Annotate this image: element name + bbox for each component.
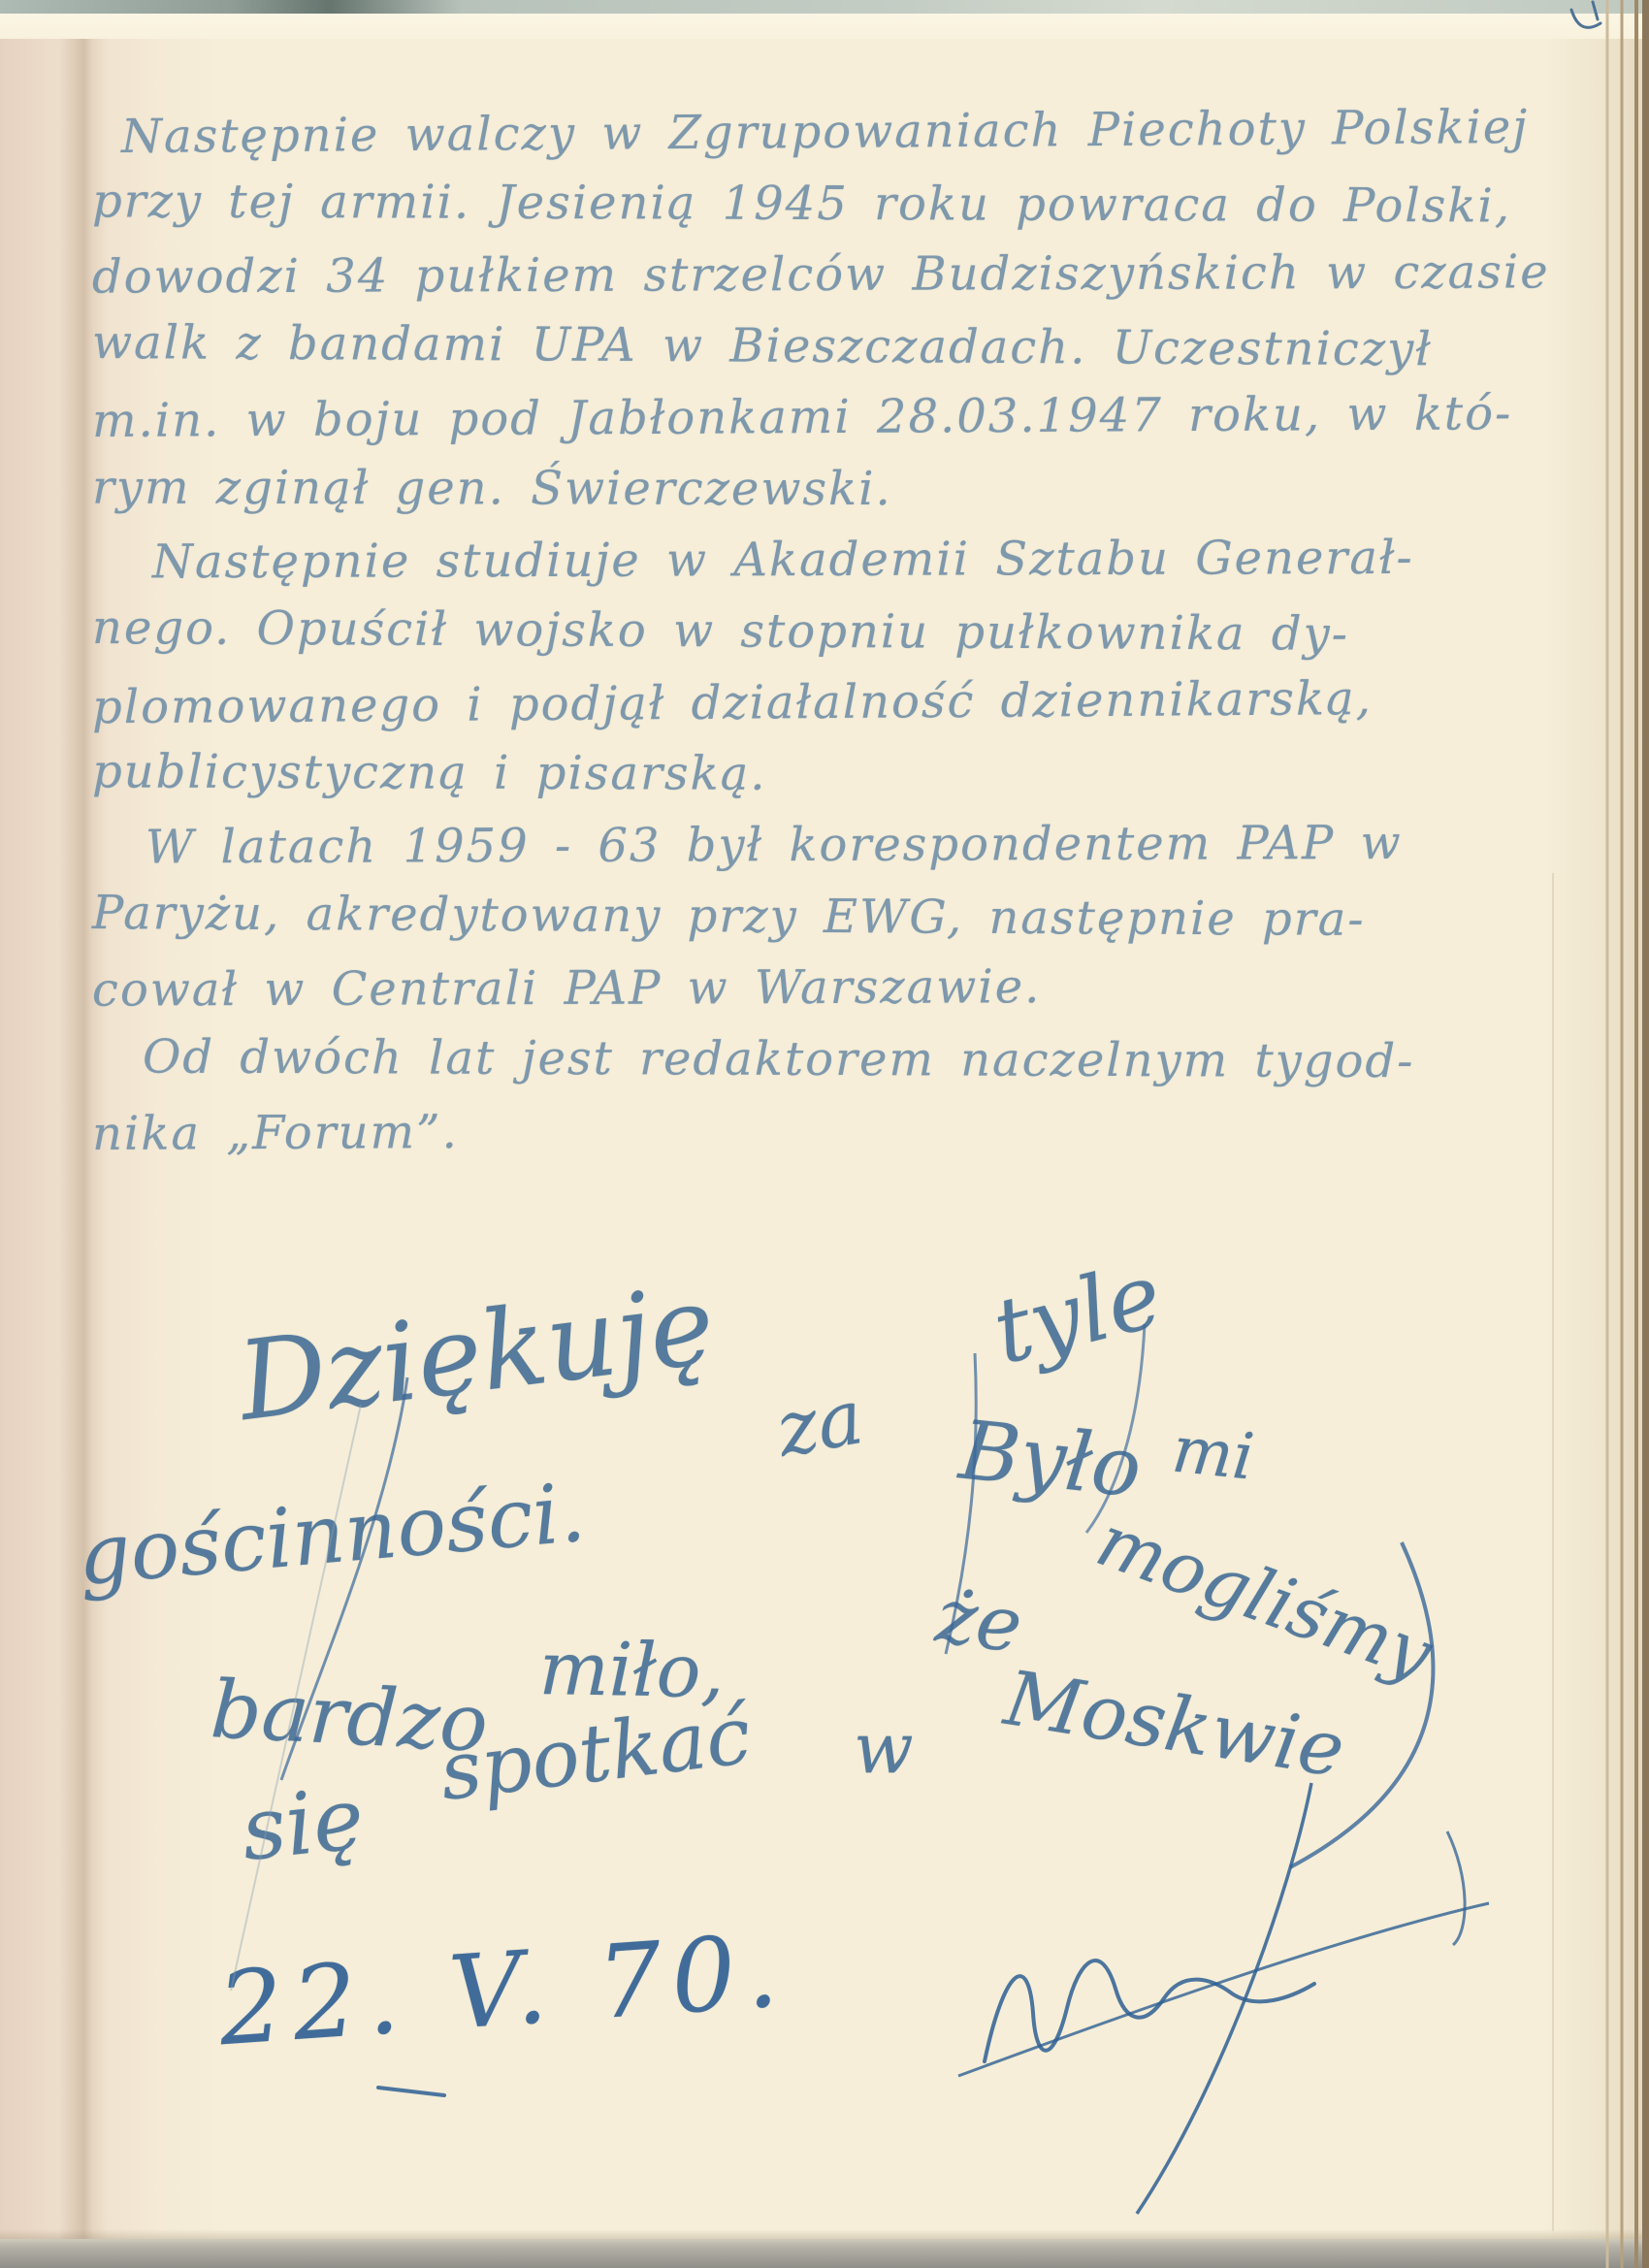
scanned-guestbook-page: { "page": { "kind": "handwritten guestbo… xyxy=(0,0,1649,2268)
flourish-stroke xyxy=(1290,1542,1433,1867)
faint-flourish-stroke xyxy=(231,1405,361,1991)
ink-marks-overlay xyxy=(0,0,1649,2268)
flourish-stroke xyxy=(1086,1324,1145,1533)
signature-tail-stroke xyxy=(1447,1831,1465,1945)
flourish-stroke xyxy=(946,1353,976,1654)
corner-pen-mark xyxy=(1571,2,1600,27)
flourish-stroke xyxy=(281,1377,407,1780)
signature-squiggle xyxy=(985,1960,1314,2061)
date-underline xyxy=(378,2088,444,2095)
book-edge-strip xyxy=(1642,0,1649,2268)
